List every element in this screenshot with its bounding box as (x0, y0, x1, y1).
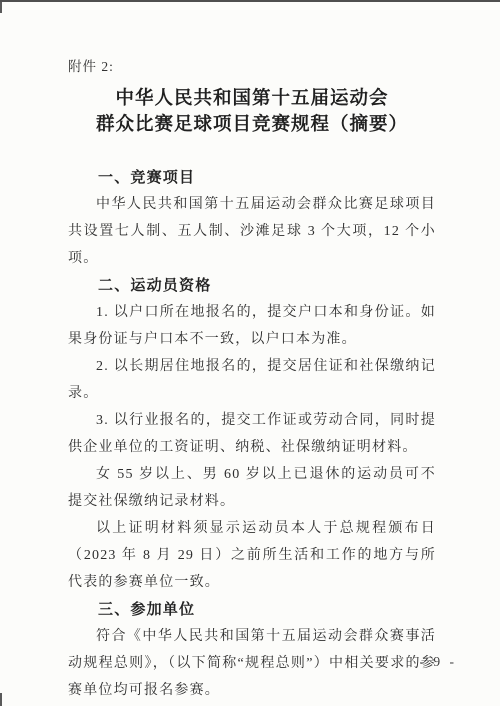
scanned-document-page: 附件 2: 中华人民共和国第十五届运动会 群众比赛足球项目竞赛规程（摘要） 一、… (0, 0, 500, 706)
document-content: 附件 2: 中华人民共和国第十五届运动会 群众比赛足球项目竞赛规程（摘要） 一、… (0, 0, 500, 704)
paragraph: 女 55 岁以上、男 60 岁以上已退休的运动员可不提交社保缴纳记录材料。 (68, 461, 436, 515)
section-heading-3: 三、参加单位 (68, 596, 436, 623)
section-heading-1: 一、竞赛项目 (68, 164, 436, 191)
document-title-line1: 中华人民共和国第十五届运动会 (68, 85, 436, 111)
page-number: - 9 - (420, 654, 458, 670)
paragraph: 2. 以长期居住地报名的，提交居住证和社保缴纳记录。 (68, 353, 436, 407)
document-title-line2: 群众比赛足球项目竞赛规程（摘要） (68, 111, 436, 137)
attachment-label: 附件 2: (68, 58, 436, 76)
paragraph: 中华人民共和国第十五届运动会群众比赛足球项目共设置七人制、五人制、沙滩足球 3 … (68, 191, 436, 272)
paragraph: 1. 以户口所在地报名的，提交户口本和身份证。如果身份证与户口本不一致，以户口本… (68, 299, 436, 353)
document-body: 一、竞赛项目 中华人民共和国第十五届运动会群众比赛足球项目共设置七人制、五人制、… (68, 164, 436, 704)
paragraph: 符合《中华人民共和国第十五届运动会群众赛事活动规程总则》，（以下简称“规程总则”… (68, 623, 436, 704)
section-heading-2: 二、运动员资格 (68, 272, 436, 299)
paragraph: 3. 以行业报名的，提交工作证或劳动合同，同时提供企业单位的工资证明、纳税、社保… (68, 407, 436, 461)
document-title: 中华人民共和国第十五届运动会 群众比赛足球项目竞赛规程（摘要） (68, 85, 436, 137)
paragraph: 以上证明材料须显示运动员本人于总规程颁布日（2023 年 8 月 29 日）之前… (68, 515, 436, 596)
